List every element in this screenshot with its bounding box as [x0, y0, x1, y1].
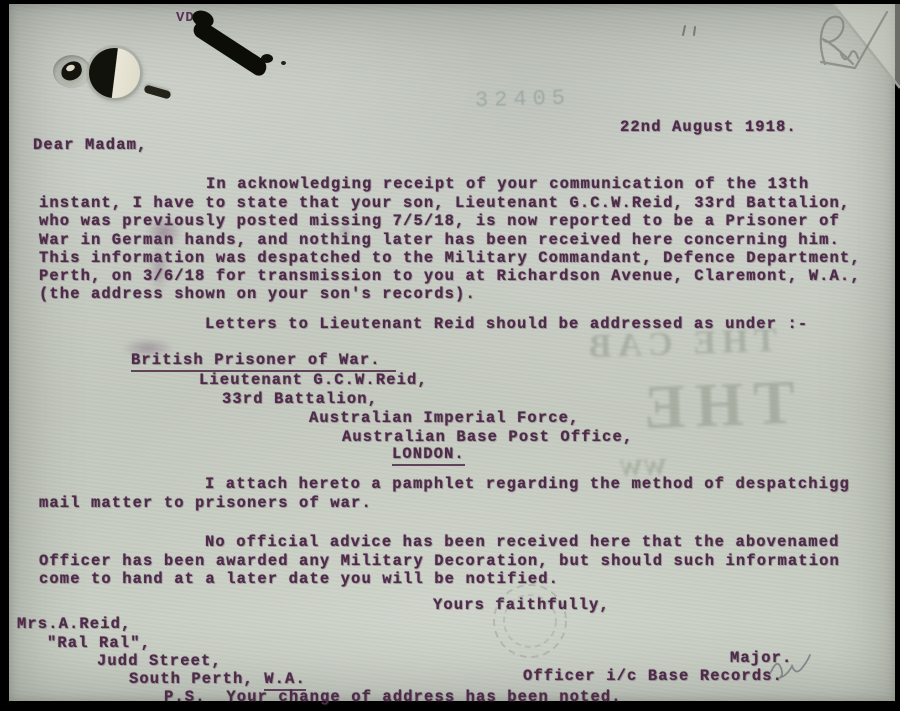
recipient-line: South Perth, W.A.	[129, 670, 306, 688]
valediction: Yours faithfully,	[433, 596, 610, 614]
para1-line: In acknowledging receipt of your communi…	[206, 175, 809, 193]
pencil-initials-mark	[821, 12, 887, 68]
pow-address-line: Lieutenant G.C.W.Reid,	[199, 371, 428, 389]
corner-fold-triangle	[833, 4, 900, 88]
para1-line: (the address shown on your son's records…	[39, 285, 476, 303]
recipient-line: Judd Street,	[97, 652, 222, 670]
scanned-letter-page: { "page": { "background_color": "#000000…	[0, 0, 900, 711]
pow-address-city-underlined: LONDON.	[392, 445, 465, 466]
para3-line: Officer has been awarded any Military De…	[39, 552, 840, 570]
recipient-city: South Perth,	[129, 670, 264, 688]
signature-rank: Major.	[730, 649, 792, 667]
bleedthrough-text: WW	[587, 455, 668, 485]
bleedthrough-text: THE	[564, 368, 796, 447]
bleedthrough-text: THE CAB	[536, 322, 777, 368]
postscript: P.S. Your change of address has been not…	[164, 688, 622, 706]
para1-line: instant, I have to state that your son, …	[39, 194, 850, 212]
signature-title: Officer i/c Base Records.	[523, 667, 783, 685]
ink-sliver	[143, 84, 171, 99]
recipient-line: Mrs.A.Reid,	[17, 615, 131, 633]
stray-tick-marks	[683, 26, 695, 35]
letter-paper: VD 32405 22nd August 1918. Dear Madam, I…	[9, 4, 895, 701]
recipient-line: "Ral Ral",	[47, 634, 151, 652]
ink-blot	[261, 54, 273, 63]
para2-line: I attach hereto a pamphlet regarding the…	[205, 475, 850, 493]
ink-smudge	[339, 224, 351, 240]
corner-fold-line	[833, 4, 900, 88]
pow-address-line: 33rd Battalion,	[222, 390, 378, 408]
salutation: Dear Madam,	[33, 136, 147, 154]
pow-address-line: Australian Imperial Force,	[309, 409, 579, 427]
registry-number-stamp: 32405	[475, 86, 572, 114]
para2-line: mail matter to prisoners of war.	[39, 494, 372, 512]
para3-line: No official advice has been received her…	[205, 533, 840, 551]
ink-smudge	[121, 338, 175, 358]
ink-blot-streak	[190, 18, 270, 78]
letter-date: 22nd August 1918.	[620, 118, 797, 136]
pow-address-line: LONDON.	[392, 445, 465, 463]
ink-speck	[281, 61, 286, 65]
ink-smudge	[149, 242, 169, 294]
para3-line: come to hand at a later date you will be…	[39, 570, 559, 588]
paper-hole-torn	[86, 45, 143, 102]
